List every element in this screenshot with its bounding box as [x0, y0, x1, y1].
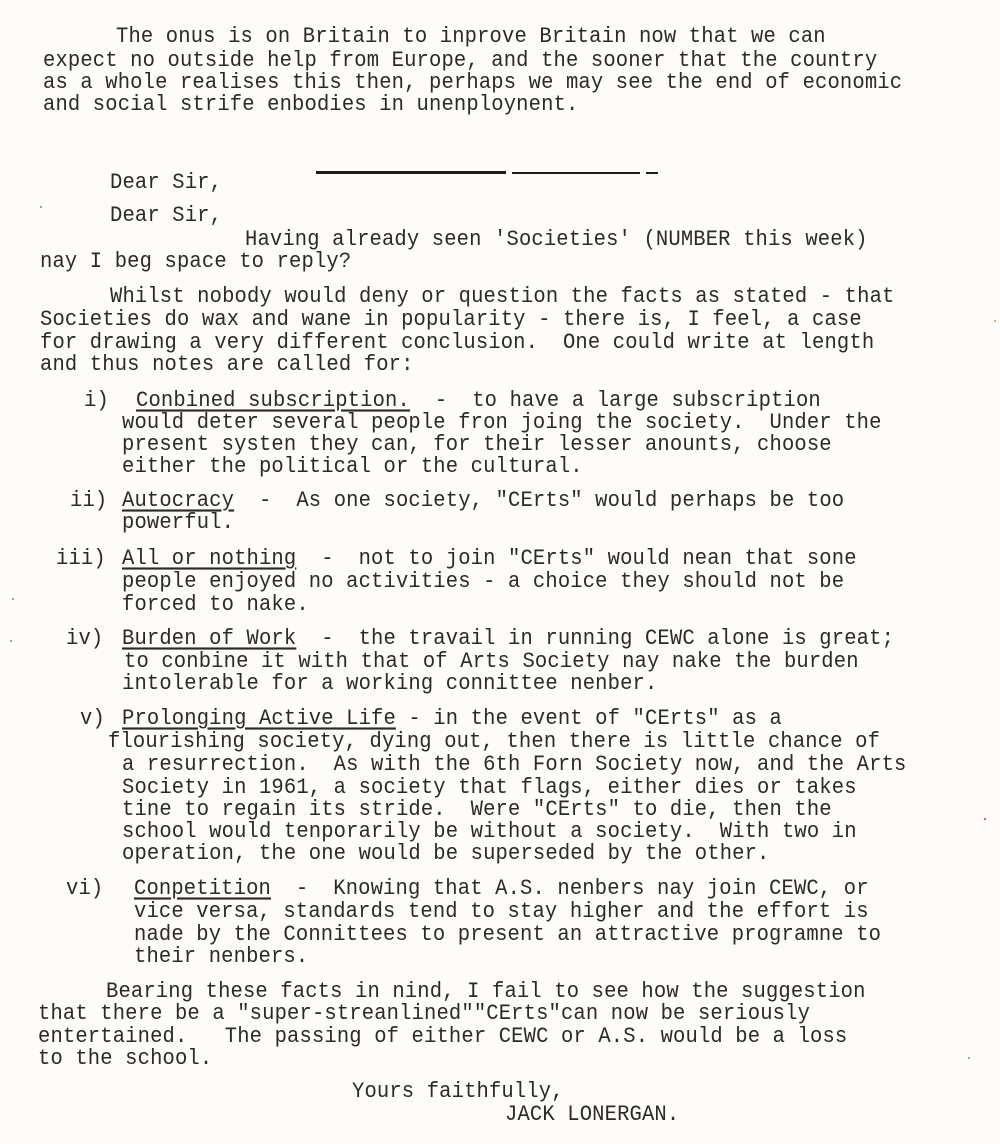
separator-rule	[646, 172, 658, 174]
intro-line: and social strife enbodies in unenployne…	[43, 94, 578, 118]
paper-speck	[40, 206, 42, 208]
paper-speck	[12, 598, 14, 600]
point-text: vice versa, standards tend to stay highe…	[134, 901, 869, 925]
point-text: a resurrection. As with the 6th Forn Soc…	[122, 754, 906, 778]
point-text: - not to join "CErts" would nean that so…	[296, 547, 856, 572]
point-numeral: iii)	[56, 548, 106, 572]
salutation: Dear Sir,	[110, 172, 222, 196]
point-text: operation, the one would be superseded b…	[122, 843, 770, 867]
closing-line: that there be a "super-streanlined""CErt…	[38, 1003, 810, 1027]
paper-speck	[968, 1057, 970, 1059]
body-line: Whilst nobody would deny or question the…	[110, 286, 894, 310]
point-text: - the travail in running CEWC alone is g…	[296, 627, 894, 652]
paper-speck	[984, 818, 986, 820]
point-text: intolerable for a working connittee nenb…	[122, 673, 657, 697]
point-numeral: vi)	[66, 878, 103, 902]
salutation: Dear Sir,	[110, 205, 222, 229]
point-text: either the political or the cultural.	[122, 456, 583, 480]
separator-rule	[512, 172, 640, 174]
signature: JACK LONERGAN.	[505, 1104, 679, 1128]
paper-speck	[994, 320, 996, 322]
point-numeral: i)	[84, 390, 109, 414]
point-text: - in the event of "CErts" as a	[396, 707, 782, 732]
point-heading: All or nothing	[122, 547, 296, 572]
point-numeral: v)	[80, 708, 105, 732]
point-text: people enjoyed no activities - a choice …	[122, 571, 844, 595]
opening-line: nay I beg space to reply?	[40, 251, 351, 275]
point-text: powerful.	[122, 512, 234, 536]
point-heading: Conpetition	[134, 877, 271, 902]
point-text: flourishing society, dying out, then the…	[108, 731, 880, 755]
paper-speck	[10, 640, 12, 642]
point-text: their nenbers.	[134, 946, 308, 970]
point-numeral: iv)	[66, 628, 103, 652]
body-line: and thus notes are called for:	[40, 354, 414, 378]
signoff: Yours faithfully,	[352, 1081, 564, 1105]
point-heading: Prolonging Active Life	[122, 707, 396, 732]
separator-rule	[316, 171, 506, 174]
closing-line: to the school.	[38, 1048, 212, 1072]
point-numeral: ii)	[70, 490, 107, 514]
body-line: Societies do wax and wane in popularity …	[40, 309, 862, 333]
point-heading: Burden of Work	[122, 627, 296, 652]
typewritten-page: The onus is on Britain to inprove Britai…	[0, 0, 1000, 1144]
point-text: - As one society, "CErts" would perhaps …	[234, 489, 844, 514]
point-text: - Knowing that A.S. nenbers nay join CEW…	[271, 877, 869, 902]
intro-line: The onus is on Britain to inprove Britai…	[116, 26, 826, 50]
point-text: forced to nake.	[122, 594, 309, 618]
